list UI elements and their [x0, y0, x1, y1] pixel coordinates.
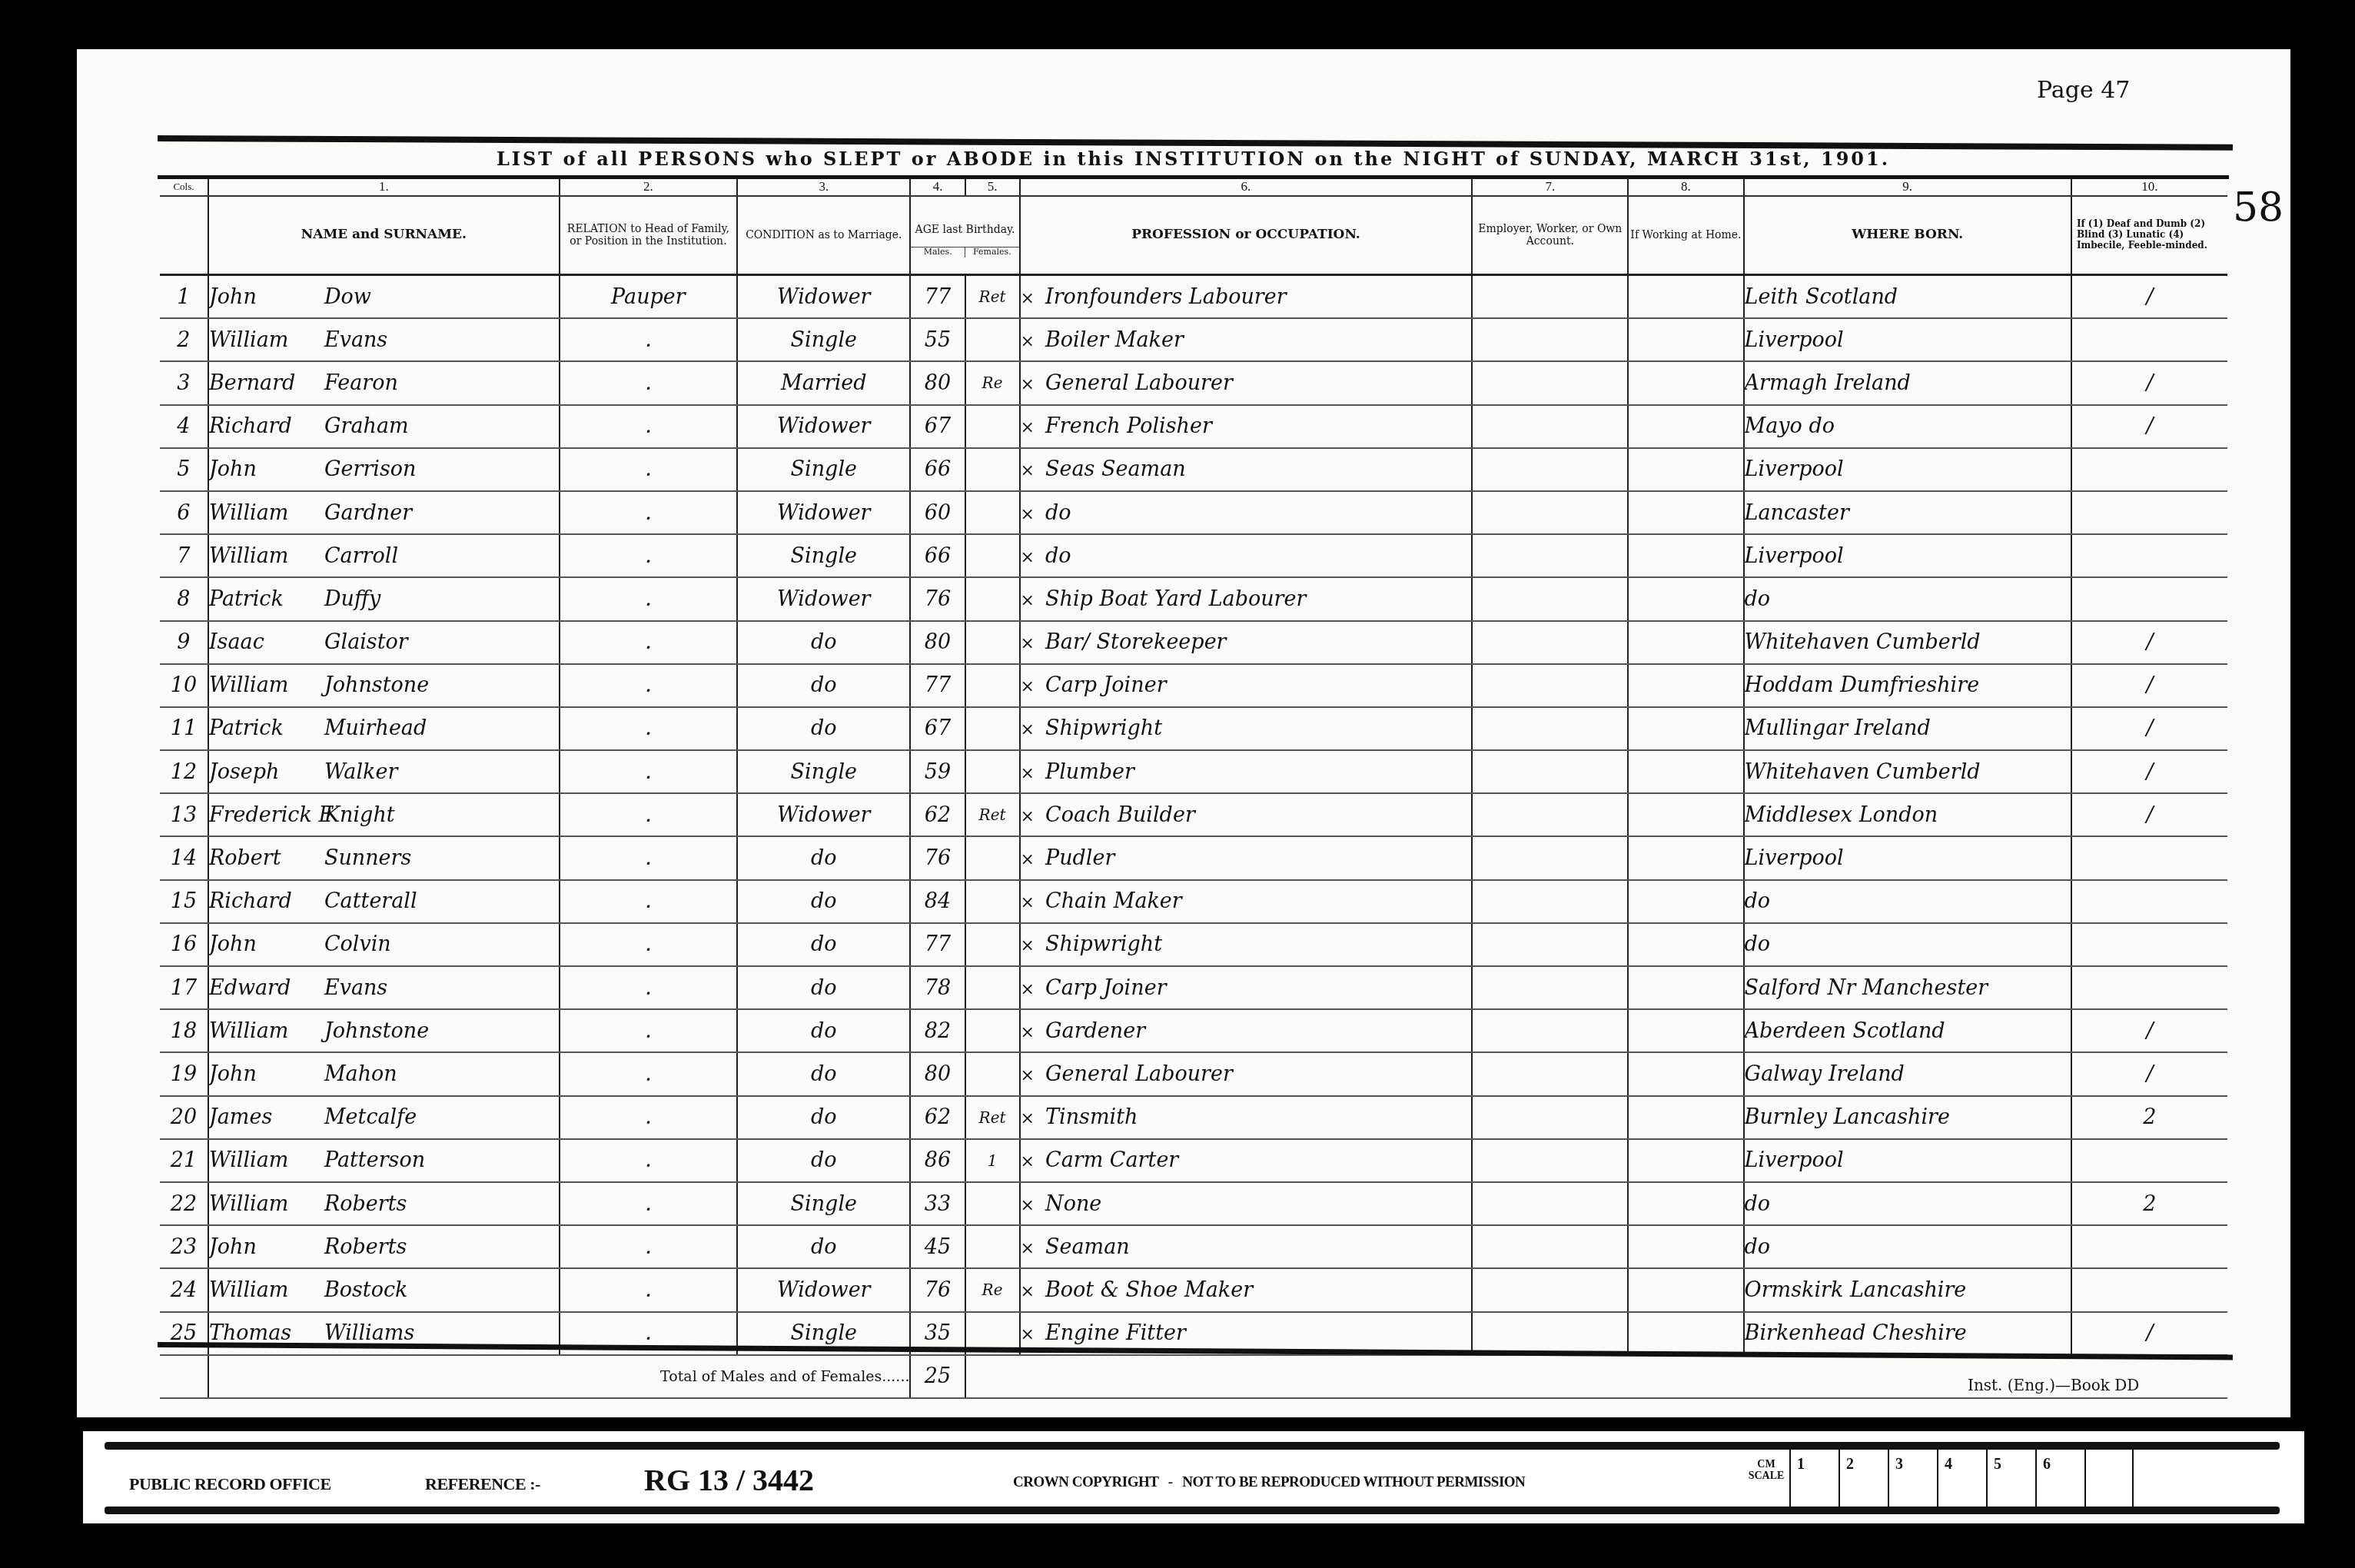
tick-mark-icon: × [1021, 807, 1035, 826]
tick-mark-icon: × [1021, 461, 1035, 480]
scale-mark: 5 [1986, 1450, 2035, 1507]
tick-mark-icon: × [1021, 332, 1035, 351]
working-at-home [1628, 750, 1743, 793]
age-male: 76 [910, 577, 965, 620]
infirmity: / [2071, 1009, 2227, 1052]
employer [1472, 448, 1628, 491]
occupation-text: do [1045, 544, 1071, 568]
where-born: Ormskirk Lancashire [1744, 1268, 2071, 1311]
age-male: 67 [910, 707, 965, 750]
occupation: ×Ironfounders Labourer [1020, 275, 1473, 319]
page-label: Page 47 [2037, 77, 2130, 104]
table-row: 9IsaacGlaistor.do80×Bar/ StorekeeperWhit… [160, 621, 2227, 664]
surname: Fearon [324, 371, 398, 395]
tick-mark-icon: × [1021, 764, 1035, 783]
column-number-row: Cols. 1. 2. 3. 4. 5. 6. 7. 8. 9. 10. [160, 178, 2227, 196]
infirmity [2071, 491, 2227, 534]
working-at-home [1628, 318, 1743, 361]
age-female [965, 1182, 1020, 1225]
relation: . [560, 707, 737, 750]
person-name: PatrickMuirhead [208, 707, 560, 750]
relation: . [560, 836, 737, 879]
tick-mark-icon: × [1021, 850, 1035, 869]
employer [1472, 664, 1628, 707]
tick-mark-icon: × [1021, 1066, 1035, 1085]
scale-mark: 2 [1838, 1450, 1888, 1507]
relation: . [560, 880, 737, 923]
relation: . [560, 750, 737, 793]
census-table: Cols. 1. 2. 3. 4. 5. 6. 7. 8. 9. 10. NAM… [160, 178, 2227, 1399]
where-born: Lancaster [1744, 491, 2071, 534]
first-name: William [209, 1192, 324, 1216]
total-row: Total of Males and of Females...... 25 [160, 1355, 2227, 1398]
where-born: Liverpool [1744, 448, 2071, 491]
where-born: Liverpool [1744, 534, 2071, 577]
relation: . [560, 534, 737, 577]
surname: Dow [324, 285, 371, 309]
employer [1472, 621, 1628, 664]
first-name: Thomas [209, 1321, 324, 1345]
condition: do [737, 880, 910, 923]
infirmity [2071, 923, 2227, 966]
age-female [965, 836, 1020, 879]
condition: do [737, 664, 910, 707]
colnum-5: 5. [965, 178, 1020, 196]
header-infirmity: If (1) Deaf and Dumb (2) Blind (3) Lunat… [2071, 196, 2227, 275]
age-female [965, 621, 1020, 664]
person-name: WilliamJohnstone [208, 664, 560, 707]
age-female [965, 448, 1020, 491]
surname: Walker [324, 760, 397, 784]
relation: . [560, 405, 737, 448]
relation: . [560, 621, 737, 664]
age-male: 62 [910, 1096, 965, 1139]
header-occupation: PROFESSION or OCCUPATION. [1020, 196, 1473, 275]
table-row: 5JohnGerrison.Single66×Seas SeamanLiverp… [160, 448, 2227, 491]
row-number: 15 [160, 880, 208, 923]
occupation-text: French Polisher [1045, 414, 1212, 438]
occupation-text: Gardener [1045, 1019, 1145, 1043]
age-female [965, 577, 1020, 620]
age-male: 80 [910, 621, 965, 664]
occupation-text: Engine Fitter [1045, 1321, 1186, 1345]
row-number: 24 [160, 1268, 208, 1311]
employer [1472, 923, 1628, 966]
working-at-home [1628, 491, 1743, 534]
table-row: 4RichardGraham.Widower67×French Polisher… [160, 405, 2227, 448]
condition: Widower [737, 491, 910, 534]
working-at-home [1628, 1009, 1743, 1052]
occupation: ×Carm Carter [1020, 1139, 1473, 1182]
surname: Colvin [324, 932, 391, 956]
infirmity [2071, 318, 2227, 361]
condition: Widower [737, 405, 910, 448]
surname: Graham [324, 414, 409, 438]
age-female [965, 664, 1020, 707]
person-name: WilliamJohnstone [208, 1009, 560, 1052]
row-number: 23 [160, 1225, 208, 1268]
occupation: ×Carp Joiner [1020, 664, 1473, 707]
scale-mark: 1 [1789, 1450, 1838, 1507]
working-at-home [1628, 1182, 1743, 1225]
relation: . [560, 1182, 737, 1225]
first-name: Frederick F [209, 803, 324, 827]
tick-mark-icon: × [1021, 936, 1035, 955]
relation: . [560, 793, 737, 836]
employer [1472, 707, 1628, 750]
where-born: Hoddam Dumfrieshire [1744, 664, 2071, 707]
total-females [965, 1355, 1020, 1398]
archive-footer: PUBLIC RECORD OFFICE REFERENCE :- RG 13 … [83, 1431, 2304, 1523]
occupation: ×Pudler [1020, 836, 1473, 879]
row-number: 6 [160, 491, 208, 534]
row-number: 18 [160, 1009, 208, 1052]
row-number: 2 [160, 318, 208, 361]
surname: Sunners [324, 846, 411, 870]
where-born: Mullingar Ireland [1744, 707, 2071, 750]
employer [1472, 880, 1628, 923]
employer [1472, 405, 1628, 448]
person-name: WilliamEvans [208, 318, 560, 361]
table-row: 2WilliamEvans.Single55×Boiler MakerLiver… [160, 318, 2227, 361]
working-at-home [1628, 880, 1743, 923]
colnum-2: 2. [560, 178, 737, 196]
folio-number: 58 [2233, 184, 2284, 231]
age-male: 55 [910, 318, 965, 361]
first-name: John [209, 457, 324, 481]
person-name: WilliamCarroll [208, 534, 560, 577]
employer [1472, 534, 1628, 577]
tick-mark-icon: × [1021, 1325, 1035, 1344]
row-number: 5 [160, 448, 208, 491]
condition: do [737, 1225, 910, 1268]
condition: Widower [737, 275, 910, 319]
where-born: Liverpool [1744, 836, 2071, 879]
table-row: 24WilliamBostock.Widower76Re×Boot & Shoe… [160, 1268, 2227, 1311]
relation: . [560, 448, 737, 491]
relation: . [560, 1009, 737, 1052]
row-number: 11 [160, 707, 208, 750]
working-at-home [1628, 361, 1743, 404]
age-female [965, 750, 1020, 793]
person-name: JohnGerrison [208, 448, 560, 491]
age-male: 66 [910, 448, 965, 491]
working-at-home [1628, 1052, 1743, 1095]
surname: Knight [324, 803, 395, 827]
row-number: 1 [160, 275, 208, 319]
colnum-1: 1. [208, 178, 560, 196]
occupation-text: General Labourer [1045, 371, 1233, 395]
tick-mark-icon: × [1021, 375, 1035, 394]
row-number: 17 [160, 966, 208, 1009]
occupation: ×Shipwright [1020, 923, 1473, 966]
person-name: WilliamGardner [208, 491, 560, 534]
condition: Single [737, 750, 910, 793]
infirmity: / [2071, 361, 2227, 404]
person-name: JosephWalker [208, 750, 560, 793]
occupation-text: Pudler [1045, 846, 1114, 870]
surname: Gerrison [324, 457, 417, 481]
infirmity [2071, 448, 2227, 491]
occupation-text: Chain Maker [1045, 889, 1182, 913]
surname: Williams [324, 1321, 414, 1345]
row-number: 13 [160, 793, 208, 836]
row-number: 10 [160, 664, 208, 707]
first-name: Edward [209, 976, 324, 1000]
where-born: Liverpool [1744, 318, 2071, 361]
row-number: 22 [160, 1182, 208, 1225]
header-working-home: If Working at Home. [1628, 196, 1743, 275]
employer [1472, 1182, 1628, 1225]
age-male: 33 [910, 1182, 965, 1225]
infirmity [2071, 577, 2227, 620]
relation: . [560, 664, 737, 707]
age-male: 59 [910, 750, 965, 793]
condition: do [737, 836, 910, 879]
relation: Pauper [560, 275, 737, 319]
tick-mark-icon: × [1021, 1282, 1035, 1301]
infirmity: 2 [2071, 1096, 2227, 1139]
surname: Muirhead [324, 716, 427, 740]
age-female: Re [965, 1268, 1020, 1311]
occupation: ×Gardener [1020, 1009, 1473, 1052]
surname: Roberts [324, 1235, 407, 1259]
age-female [965, 1225, 1020, 1268]
tick-mark-icon: × [1021, 677, 1035, 696]
infirmity: / [2071, 275, 2227, 319]
person-name: JohnRoberts [208, 1225, 560, 1268]
working-at-home [1628, 577, 1743, 620]
employer [1472, 1139, 1628, 1182]
where-born: Middlesex London [1744, 793, 2071, 836]
age-male: 80 [910, 361, 965, 404]
where-born: Aberdeen Scotland [1744, 1009, 2071, 1052]
occupation: ×Chain Maker [1020, 880, 1473, 923]
age-male: 78 [910, 966, 965, 1009]
where-born: Mayo do [1744, 405, 2071, 448]
age-female: 1 [965, 1139, 1020, 1182]
first-name: Joseph [209, 760, 324, 784]
first-name: John [209, 1062, 324, 1086]
first-name: John [209, 285, 324, 309]
working-at-home [1628, 664, 1743, 707]
surname: Duffy [324, 587, 380, 611]
working-at-home [1628, 534, 1743, 577]
condition: Widower [737, 577, 910, 620]
infirmity: 2 [2071, 1182, 2227, 1225]
occupation-text: Boot & Shoe Maker [1045, 1278, 1253, 1302]
employer [1472, 361, 1628, 404]
first-name: William [209, 544, 324, 568]
table-row: 13Frederick FKnight.Widower62Ret×Coach B… [160, 793, 2227, 836]
age-male: 77 [910, 275, 965, 319]
age-female: Ret [965, 1096, 1020, 1139]
header-employer: Employer, Worker, or Own Account. [1472, 196, 1628, 275]
occupation: ×Seaman [1020, 1225, 1473, 1268]
row-number: 19 [160, 1052, 208, 1095]
age-male: 77 [910, 923, 965, 966]
age-female [965, 1009, 1020, 1052]
colnum-9: 9. [1744, 178, 2071, 196]
total-males: 25 [910, 1355, 965, 1398]
age-male: 62 [910, 793, 965, 836]
occupation-text: Tinsmith [1045, 1105, 1138, 1129]
tick-mark-icon: × [1021, 591, 1035, 610]
infirmity [2071, 1268, 2227, 1311]
table-row: 12JosephWalker.Single59×PlumberWhitehave… [160, 750, 2227, 793]
first-name: William [209, 501, 324, 525]
occupation: ×Boiler Maker [1020, 318, 1473, 361]
working-at-home [1628, 923, 1743, 966]
person-name: RichardCatterall [208, 880, 560, 923]
table-row: 19JohnMahon.do80×General LabourerGalway … [160, 1052, 2227, 1095]
person-name: IsaacGlaistor [208, 621, 560, 664]
age-female [965, 707, 1020, 750]
row-number: 7 [160, 534, 208, 577]
person-name: EdwardEvans [208, 966, 560, 1009]
occupation: ×General Labourer [1020, 1052, 1473, 1095]
row-number: 14 [160, 836, 208, 879]
age-male: 60 [910, 491, 965, 534]
occupation: ×General Labourer [1020, 361, 1473, 404]
table-row: 18WilliamJohnstone.do82×GardenerAberdeen… [160, 1009, 2227, 1052]
first-name: John [209, 1235, 324, 1259]
surname: Evans [324, 976, 387, 1000]
occupation-text: Carp Joiner [1045, 976, 1167, 1000]
infirmity [2071, 534, 2227, 577]
table-row: 22WilliamRoberts.Single33×Nonedo2 [160, 1182, 2227, 1225]
infirmity: / [2071, 405, 2227, 448]
age-female [965, 923, 1020, 966]
occupation-text: Plumber [1045, 760, 1134, 784]
table-row: 3BernardFearon.Married80Re×General Labou… [160, 361, 2227, 404]
condition: do [737, 966, 910, 1009]
occupation: ×Boot & Shoe Maker [1020, 1268, 1473, 1311]
person-name: WilliamPatterson [208, 1139, 560, 1182]
occupation-text: Ironfounders Labourer [1045, 285, 1287, 309]
age-female: Re [965, 361, 1020, 404]
colnum-4: 4. [910, 178, 965, 196]
infirmity: / [2071, 793, 2227, 836]
row-number: 4 [160, 405, 208, 448]
occupation-text: Seas Seaman [1045, 457, 1186, 481]
working-at-home [1628, 793, 1743, 836]
table-row: 21WilliamPatterson.do861×Carm CarterLive… [160, 1139, 2227, 1182]
age-male: 80 [910, 1052, 965, 1095]
tick-mark-icon: × [1021, 289, 1035, 308]
occupation: ×do [1020, 491, 1473, 534]
reference-label: REFERENCE :- [425, 1474, 540, 1494]
total-label: Total of Males and of Females...... [208, 1355, 911, 1398]
surname: Patterson [324, 1148, 425, 1172]
first-name: William [209, 328, 324, 352]
tick-mark-icon: × [1021, 548, 1035, 567]
occupation-text: Coach Builder [1045, 803, 1195, 827]
working-at-home [1628, 1139, 1743, 1182]
age-male: 86 [910, 1139, 965, 1182]
table-row: 10WilliamJohnstone.do77×Carp JoinerHodda… [160, 664, 2227, 707]
where-born: Whitehaven Cumberld [1744, 750, 2071, 793]
occupation: ×Carp Joiner [1020, 966, 1473, 1009]
age-male: 84 [910, 880, 965, 923]
where-born: Burnley Lancashire [1744, 1096, 2071, 1139]
relation: . [560, 1268, 737, 1311]
colnum-7: 7. [1472, 178, 1628, 196]
occupation-text: Seaman [1045, 1235, 1130, 1259]
scale-label: CM SCALE [1743, 1450, 1789, 1507]
relation: . [560, 1052, 737, 1095]
relation: . [560, 491, 737, 534]
surname: Evans [324, 328, 387, 352]
where-born: Liverpool [1744, 1139, 2071, 1182]
employer [1472, 1312, 1628, 1355]
table-row: 20JamesMetcalfe.do62Ret×TinsmithBurnley … [160, 1096, 2227, 1139]
copyright-notice: CROWN COPYRIGHT - NOT TO BE REPRODUCED W… [1013, 1474, 1525, 1491]
row-number: 20 [160, 1096, 208, 1139]
office-label: PUBLIC RECORD OFFICE [129, 1474, 331, 1494]
working-at-home [1628, 621, 1743, 664]
person-name: JamesMetcalfe [208, 1096, 560, 1139]
colnum-3: 3. [737, 178, 910, 196]
surname: Catterall [324, 889, 417, 913]
age-female: Ret [965, 793, 1020, 836]
where-born: Armagh Ireland [1744, 361, 2071, 404]
age-male: 66 [910, 534, 965, 577]
age-male: 76 [910, 836, 965, 879]
surname: Mahon [324, 1062, 397, 1086]
occupation: ×Coach Builder [1020, 793, 1473, 836]
condition: Widower [737, 1268, 910, 1311]
first-name: William [209, 673, 324, 697]
table-row: 7WilliamCarroll.Single66×doLiverpool [160, 534, 2227, 577]
condition: do [737, 621, 910, 664]
employer [1472, 966, 1628, 1009]
relation: . [560, 923, 737, 966]
person-name: JohnColvin [208, 923, 560, 966]
where-born: do [1744, 577, 2071, 620]
colnum-8: 8. [1628, 178, 1743, 196]
row-number: 9 [160, 621, 208, 664]
occupation-text: None [1045, 1192, 1101, 1216]
age-subheaders: Males. Females. [911, 247, 1018, 257]
where-born: Birkenhead Cheshire [1744, 1312, 2071, 1355]
table-row: 8PatrickDuffy.Widower76×Ship Boat Yard L… [160, 577, 2227, 620]
row-number: 25 [160, 1312, 208, 1355]
page-title: LIST of all PERSONS who SLEPT or ABODE i… [497, 148, 1890, 170]
infirmity: / [2071, 1312, 2227, 1355]
where-born: do [1744, 923, 2071, 966]
scale-mark: 4 [1937, 1450, 1986, 1507]
employer [1472, 1009, 1628, 1052]
colnum-10: 10. [2071, 178, 2227, 196]
header-age-label: AGE last Birthday. [911, 213, 1018, 247]
condition: do [737, 1052, 910, 1095]
where-born: do [1744, 880, 2071, 923]
person-name: JohnMahon [208, 1052, 560, 1095]
first-name: William [209, 1148, 324, 1172]
age-female: Ret [965, 275, 1020, 319]
occupation-text: Carp Joiner [1045, 673, 1167, 697]
age-female [965, 318, 1020, 361]
infirmity [2071, 1139, 2227, 1182]
infirmity: / [2071, 621, 2227, 664]
age-male: 77 [910, 664, 965, 707]
condition: Single [737, 448, 910, 491]
person-name: PatrickDuffy [208, 577, 560, 620]
tick-mark-icon: × [1021, 1023, 1035, 1042]
relation: . [560, 966, 737, 1009]
row-number: 12 [160, 750, 208, 793]
